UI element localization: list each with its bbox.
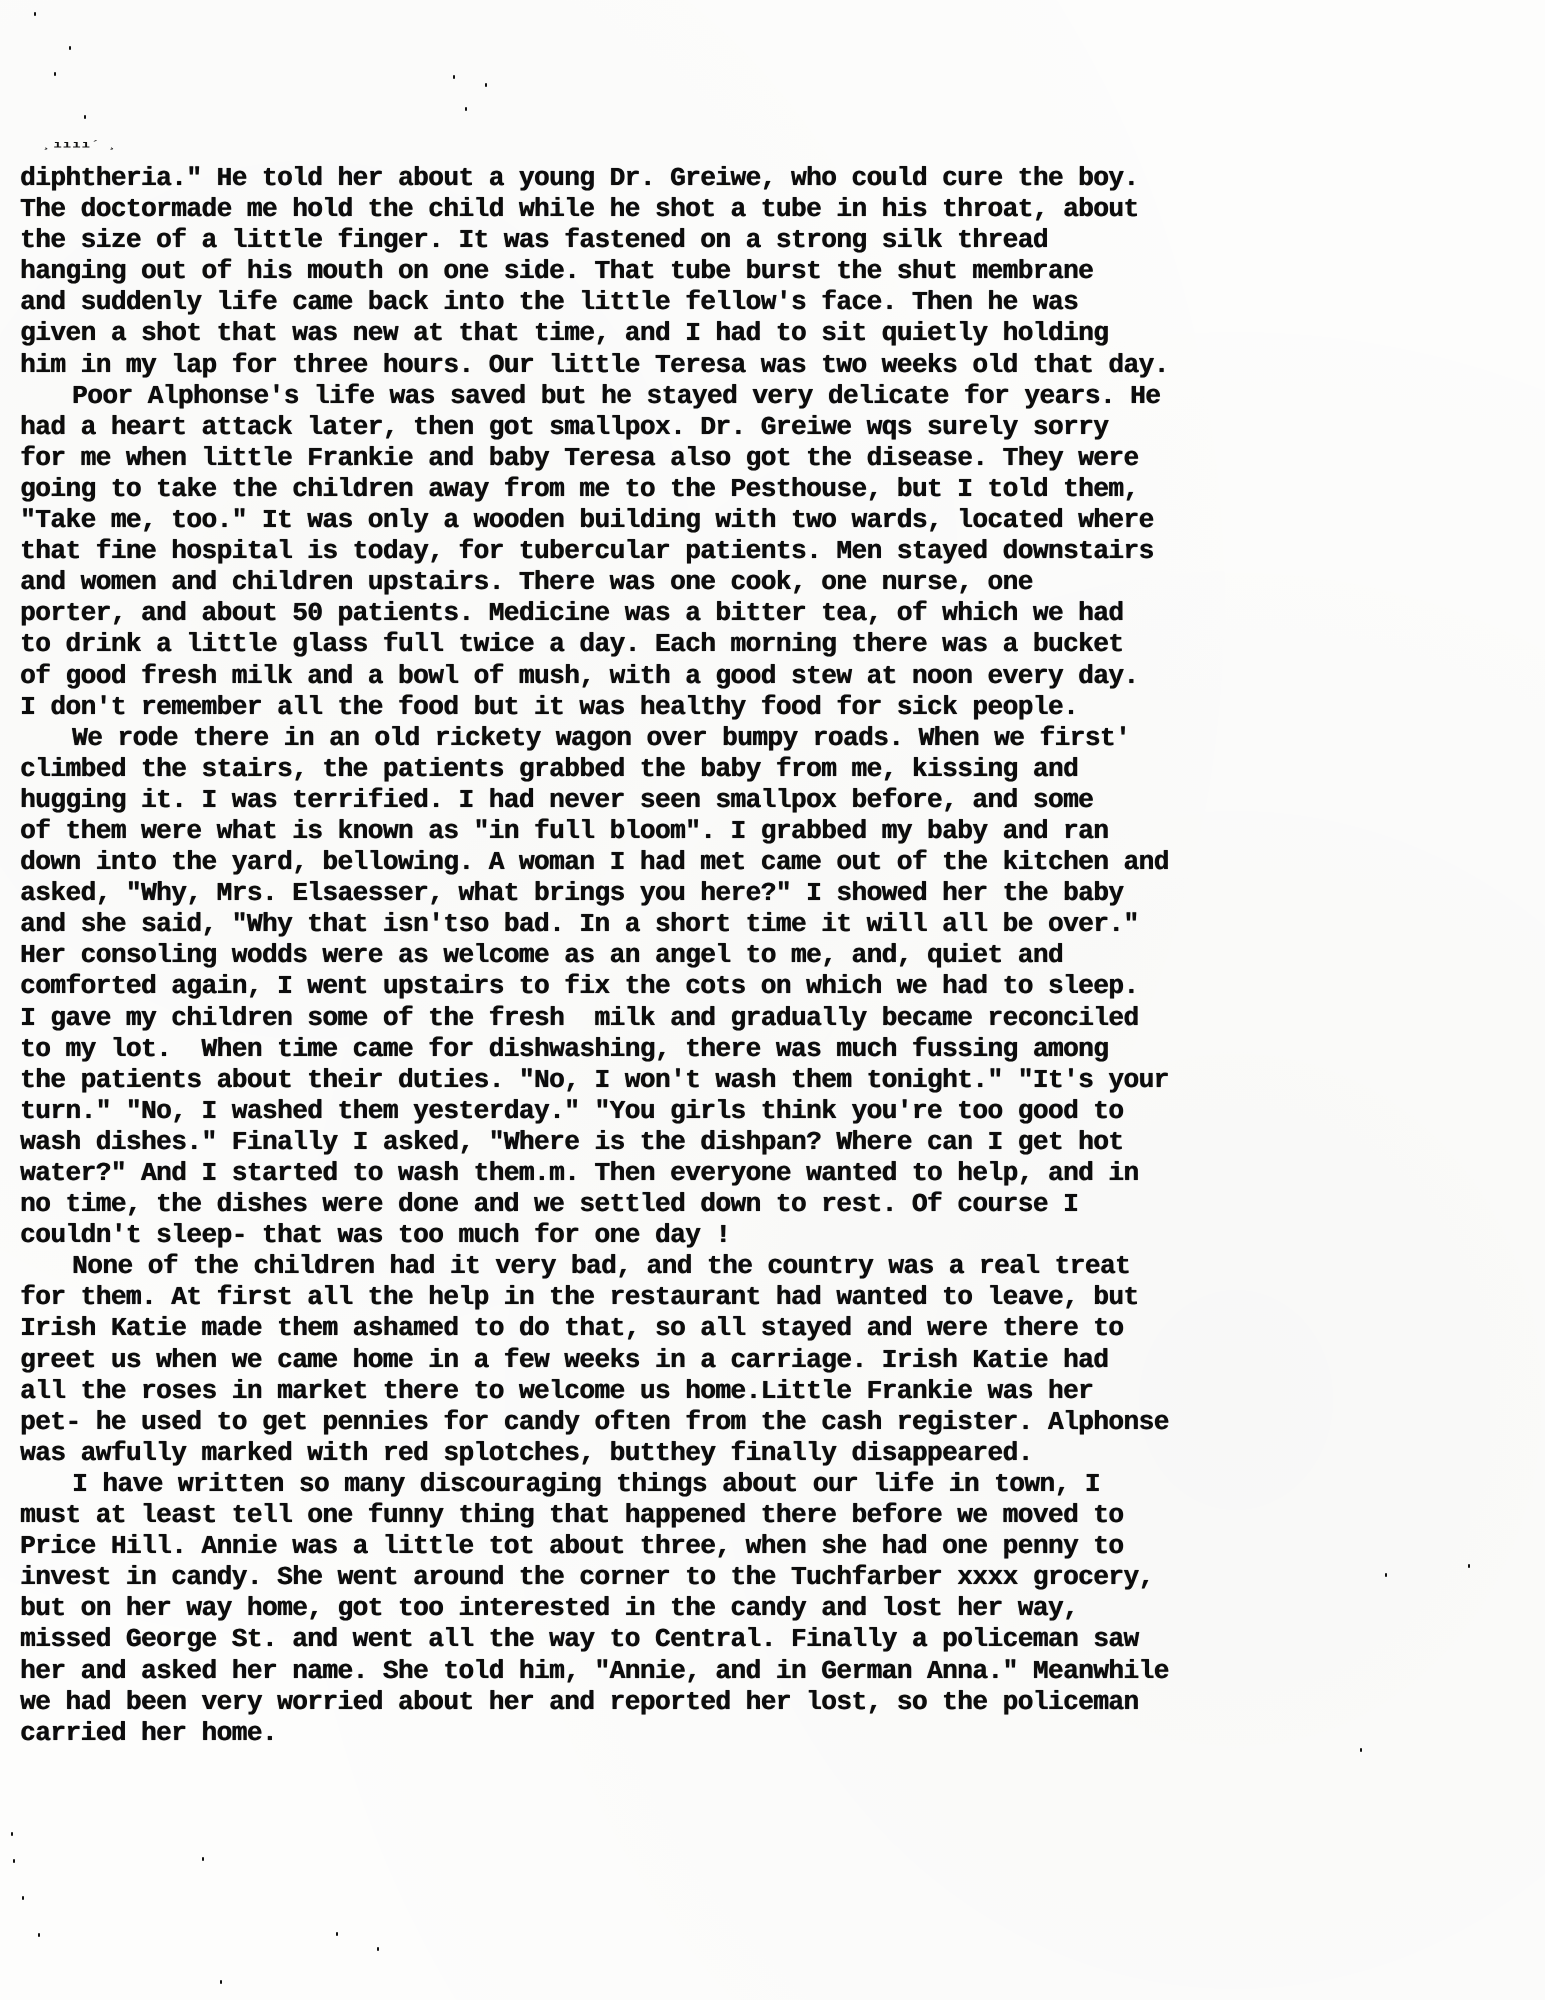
text-line: I gave my children some of the fresh mil… <box>20 1003 1520 1034</box>
text-line: I have written so many discouraging thin… <box>20 1469 1520 1500</box>
text-line: to drink a little glass full twice a day… <box>20 629 1520 660</box>
scan-speck <box>11 1832 13 1836</box>
document-body: diphtheria." He told her about a young D… <box>20 163 1520 1749</box>
text-line: Poor Alphonse's life was saved but he st… <box>20 381 1520 412</box>
scan-speck <box>485 83 487 87</box>
typewritten-page: ¸ıııı´ ¸ diphtheria." He told her about … <box>0 0 1545 2000</box>
text-line: porter, and about 50 patients. Medicine … <box>20 598 1520 629</box>
text-line: I don't remember all the food but it was… <box>20 692 1520 723</box>
text-line: Irish Katie made them ashamed to do that… <box>20 1313 1520 1344</box>
scan-speck <box>202 1857 204 1861</box>
text-line: hanging out of his mouth on one side. Th… <box>20 256 1520 287</box>
text-line: We rode there in an old rickety wagon ov… <box>20 723 1520 754</box>
text-line: asked, "Why, Mrs. Elsaesser, what brings… <box>20 878 1520 909</box>
text-line: him in my lap for three hours. Our littl… <box>20 350 1520 381</box>
scan-speck <box>38 1933 40 1937</box>
text-line: couldn't sleep- that was too much for on… <box>20 1220 1520 1251</box>
text-line: the size of a little finger. It was fast… <box>20 225 1520 256</box>
text-line: of good fresh milk and a bowl of mush, w… <box>20 661 1520 692</box>
text-line: Price Hill. Annie was a little tot about… <box>20 1531 1520 1562</box>
scan-speck <box>1468 1564 1470 1568</box>
scan-speck <box>22 1896 24 1900</box>
text-line: turn." "No, I washed them yesterday." "Y… <box>20 1096 1520 1127</box>
scan-speck <box>54 72 56 76</box>
text-line: and suddenly life came back into the lit… <box>20 287 1520 318</box>
scan-speck <box>453 75 455 79</box>
text-line: had a heart attack later, then got small… <box>20 412 1520 443</box>
scan-speck <box>336 1932 338 1936</box>
scan-speck <box>465 107 467 111</box>
text-line: and she said, "Why that isn'tso bad. In … <box>20 909 1520 940</box>
text-line: that fine hospital is today, for tubercu… <box>20 536 1520 567</box>
text-line: down into the yard, bellowing. A woman I… <box>20 847 1520 878</box>
text-line: "Take me, too." It was only a wooden bui… <box>20 505 1520 536</box>
text-line: invest in candy. She went around the cor… <box>20 1562 1520 1593</box>
text-line: all the roses in market there to welcome… <box>20 1376 1520 1407</box>
text-line: The doctormade me hold the child while h… <box>20 194 1520 225</box>
text-line: her and asked her name. She told him, "A… <box>20 1656 1520 1687</box>
text-line: hugging it. I was terrified. I had never… <box>20 785 1520 816</box>
cut-off-top-fragment: ¸ıııı´ ¸ <box>44 140 119 151</box>
text-line: given a shot that was new at that time, … <box>20 318 1520 349</box>
scan-speck <box>84 115 86 119</box>
text-line: going to take the children away from me … <box>20 474 1520 505</box>
scan-speck <box>13 1859 15 1863</box>
text-line: pet- he used to get pennies for candy of… <box>20 1407 1520 1438</box>
text-line: missed George St. and went all the way t… <box>20 1624 1520 1655</box>
text-line: must at least tell one funny thing that … <box>20 1500 1520 1531</box>
text-line: Her consoling wodds were as welcome as a… <box>20 940 1520 971</box>
text-line: water?" And I started to wash them.m. Th… <box>20 1158 1520 1189</box>
text-line: for them. At first all the help in the r… <box>20 1282 1520 1313</box>
scan-speck <box>220 1980 222 1984</box>
scan-speck <box>69 46 71 50</box>
text-line: None of the children had it very bad, an… <box>20 1251 1520 1282</box>
text-line: but on her way home, got too interested … <box>20 1593 1520 1624</box>
text-line: the patients about their duties. "No, I … <box>20 1065 1520 1096</box>
text-line: greet us when we came home in a few week… <box>20 1345 1520 1376</box>
text-line: was awfully marked with red splotches, b… <box>20 1438 1520 1469</box>
text-line: diphtheria." He told her about a young D… <box>20 163 1520 194</box>
text-line: climbed the stairs, the patients grabbed… <box>20 754 1520 785</box>
scan-speck <box>495 1663 497 1667</box>
text-line: we had been very worried about her and r… <box>20 1687 1520 1718</box>
text-line: for me when little Frankie and baby Tere… <box>20 443 1520 474</box>
scan-speck <box>1385 1573 1387 1577</box>
scan-speck <box>34 12 36 16</box>
text-line: wash dishes." Finally I asked, "Where is… <box>20 1127 1520 1158</box>
text-line: to my lot. When time came for dishwashin… <box>20 1034 1520 1065</box>
text-line: and women and children upstairs. There w… <box>20 567 1520 598</box>
scan-speck <box>1360 1748 1362 1752</box>
scan-speck <box>377 1947 379 1951</box>
text-line: carried her home. <box>20 1718 1520 1749</box>
text-line: of them were what is known as "in full b… <box>20 816 1520 847</box>
text-line: comforted again, I went upstairs to fix … <box>20 971 1520 1002</box>
text-line: no time, the dishes were done and we set… <box>20 1189 1520 1220</box>
